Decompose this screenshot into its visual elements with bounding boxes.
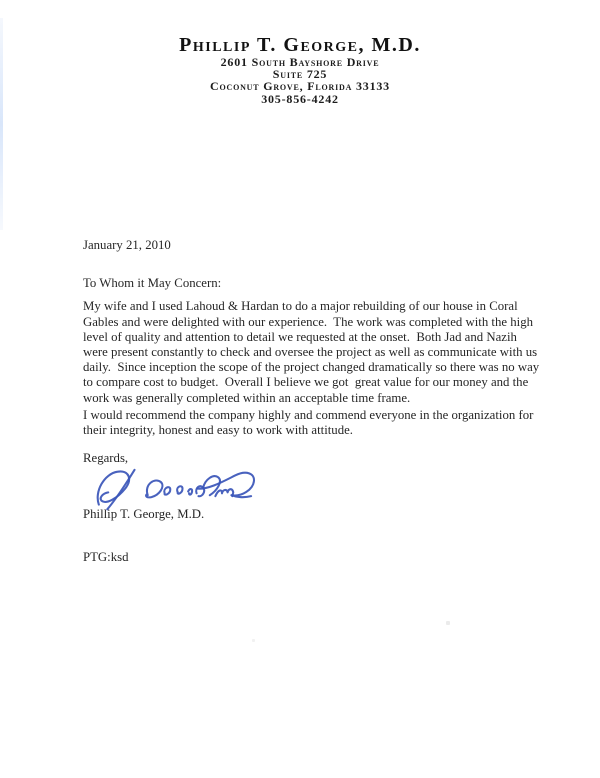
letterhead-address-line3: Coconut Grove, Florida 33133 bbox=[0, 80, 600, 92]
letterhead-name: Phillip T. George, M.D. bbox=[0, 37, 600, 54]
letter-body: January 21, 2010 To Whom it May Concern:… bbox=[83, 238, 563, 565]
scan-speck bbox=[252, 639, 255, 642]
salutation: To Whom it May Concern: bbox=[83, 276, 563, 291]
typed-signature-name: Phillip T. George, M.D. bbox=[83, 507, 563, 522]
body-paragraph-1: My wife and I used Lahoud & Hardan to do… bbox=[83, 299, 563, 405]
letter-date: January 21, 2010 bbox=[83, 238, 563, 253]
letterhead: Phillip T. George, M.D. 2601 South Baysh… bbox=[0, 37, 600, 105]
reference-initials: PTG:ksd bbox=[83, 550, 563, 565]
body-paragraph-2: I would recommend the company highly and… bbox=[83, 408, 563, 438]
letter-document: Phillip T. George, M.D. 2601 South Baysh… bbox=[0, 0, 600, 778]
scan-speck bbox=[446, 621, 450, 625]
letterhead-phone: 305-856-4242 bbox=[0, 93, 600, 105]
closing: Regards, bbox=[83, 451, 563, 466]
